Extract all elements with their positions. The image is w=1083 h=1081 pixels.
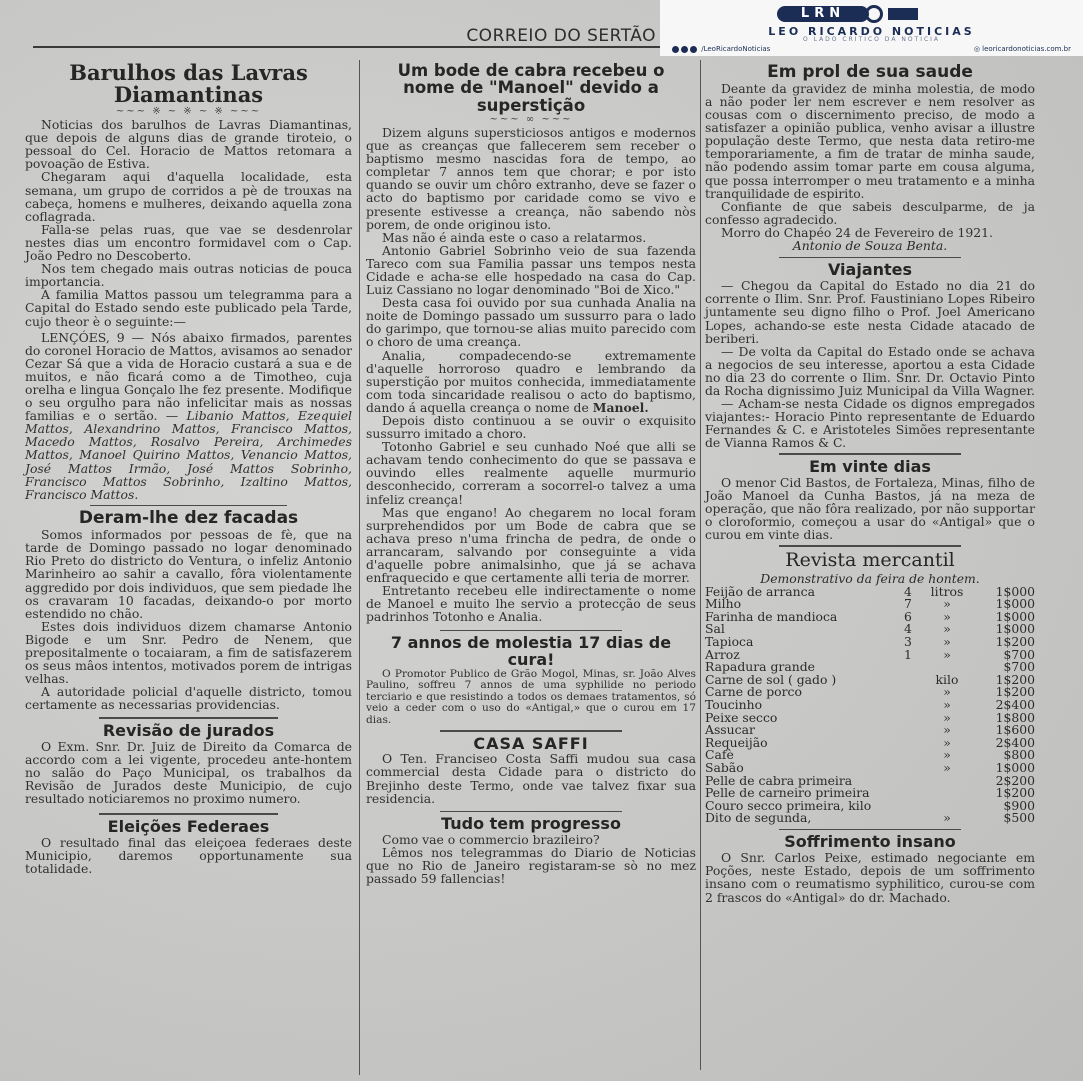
unit: » [923,762,971,775]
paragraph: Deante da gravidez de minha molestia, de… [705,82,1035,200]
unit [923,787,971,800]
separator [440,811,622,813]
quantity [893,749,923,762]
column-3: Em prol de sua saude Deante da gravidez … [705,56,1035,904]
quantity [893,724,923,737]
table-row: Requeijão»2$400 [705,737,1035,750]
paragraph: Estes dois individuos dizem chamarse Ant… [25,620,352,685]
separator [90,505,286,507]
quantity [893,800,923,813]
paragraph: O menor Cid Bastos, de Fortaleza, Minas,… [705,476,1035,541]
article-jurados: Revisão de jurados O Exm. Snr. Dr. Juiz … [25,723,352,805]
price: $500 [971,812,1035,825]
separator [440,730,622,732]
camera-body-icon [888,8,918,20]
headline: Tudo tem progresso [366,816,696,833]
paragraph: Dizem alguns supersticiosos antigos e mo… [366,126,696,231]
separator [779,545,961,547]
quantity: 1 [893,649,923,662]
table-row: Feijão de arranca4litros1$000 [705,586,1035,599]
quantity [893,775,923,788]
headline: Eleições Federaes [25,819,352,836]
signers: Libanio Mattos, Ezequiel Mattos, Alexand… [25,408,352,502]
unit [923,775,971,788]
logo-mark: LRN [777,6,869,22]
article-soffrimento: Soffrimento insano O Snr. Carlos Peixe, … [705,834,1035,903]
article-progresso: Tudo tem progresso Como vae o commercio … [366,816,696,885]
paragraph: Confiante de que sabeis desculparme, de … [705,200,1035,226]
price-table: Feijão de arranca4litros1$000Milho7»1$00… [705,586,1035,825]
separator [779,257,961,259]
masthead: CORREIO DO SERTÃO [25,24,660,50]
quantity [893,737,923,750]
paragraph: Mas que engano! Ao chegarem no local for… [366,506,696,585]
separator [779,829,961,831]
paragraph: Antonio Gabriel Sobrinho veio de sua faz… [366,244,696,296]
headline: Soffrimento insano [705,834,1035,851]
column-2: Um bode de cabra recebeu o nome de "Mano… [366,56,696,885]
paragraph: O Promotor Publico de Grão Mogol, Minas,… [366,669,696,727]
separator [99,813,279,815]
headline: Revisão de jurados [25,723,352,740]
quantity [893,712,923,725]
paragraph: Nos tem chegado mais outras noticias de … [25,262,352,288]
column-1: Barulhos das LavrasDiamantinas ~~~ ※ ~ ※… [25,56,352,875]
signature: Antonio de Souza Benta. [705,239,1035,253]
paragraph: Noticias dos barulhos de Lavras Diamanti… [25,118,352,170]
paragraph: O Snr. Carlos Peixe, estimado negociante… [705,851,1035,903]
article-casa-saffi: CASA SAFFI O Ten. Franciseo Costa Saffi … [366,736,696,805]
watermark-logo: LRN LEO RICARDO NOTICIAS O LADO CRITICO … [660,0,1083,56]
instagram-icon [681,46,688,53]
paragraph: — De volta da Capital do Estado onde se … [705,345,1035,397]
paragraph: Somos informados por pessoas de fè, que … [25,528,352,620]
headline: 7 annos de molestia 17 dias de cura! [366,635,696,669]
separator [440,630,622,632]
table-row: Tapioca3»1$200 [705,636,1035,649]
paragraph: Falla-se pelas ruas, que vae se desdenro… [25,223,352,262]
social-links: /LeoRicardoNoticias [672,45,770,53]
article-revista-mercantil: Revista mercantil Demonstrativo da feira… [705,551,1035,825]
article-eleicoes: Eleições Federaes O resultado final das … [25,819,352,875]
separator [99,717,279,719]
quantity [893,787,923,800]
headline: Um bode de cabra recebeu o nome de "Mano… [366,62,696,114]
article-viajantes: Viajantes — Chegou da Capital do Estado … [705,262,1035,449]
headline: CASA SAFFI [366,736,696,753]
paragraph: Desta casa foi ouvido por sua cunhada An… [366,296,696,348]
paragraph: Analia, compadecendo-se extremamente d'a… [366,349,696,414]
website-url: leoricardonoticias.com.br [982,45,1071,53]
paragraph: Entretanto recebeu elle indirectamente o… [366,584,696,623]
article-antigal-molestia: 7 annos de molestia 17 dias de cura! O P… [366,635,696,726]
globe-icon: ◎ [974,45,982,53]
paragraph: O Ten. Franciseo Costa Saffi mudou sua c… [366,752,696,804]
paragraph: — Chegou da Capital do Estado no dia 21 … [705,279,1035,344]
paragraph: — Acham-se nesta Cidade os dignos empreg… [705,397,1035,449]
paragraph: A familia Mattos passou um telegramma pa… [25,288,352,327]
paragraph: A autoridade policial d'aquelle district… [25,685,352,711]
website-link: ◎ leoricardonoticias.com.br [974,45,1071,53]
separator [779,453,961,455]
paragraph: LENÇÓES, 9 — Nós abaixo firmados, parent… [25,331,352,501]
headline: Barulhos das LavrasDiamantinas [25,62,352,106]
paragraph: Depois disto continuou a se ouvir o exqu… [366,414,696,440]
facebook-icon [672,46,679,53]
table-row: Cafè»$800 [705,749,1035,762]
quantity [893,686,923,699]
headline: Revista mercantil [705,551,1035,571]
social-handle: /LeoRicardoNoticias [701,45,770,53]
logo-tagline: O LADO CRITICO DA NOTICIA [660,36,1083,43]
headline: Em prol de sua saude [705,64,1035,82]
article-barulhos: Barulhos das LavrasDiamantinas ~~~ ※ ~ ※… [25,62,352,501]
quantity [893,812,923,825]
article-saude: Em prol de sua saude Deante da gravidez … [705,64,1035,253]
paragraph: O Exm. Snr. Dr. Juiz de Direito da Comar… [25,740,352,805]
paragraph: Mas não é ainda este o caso a relatarmos… [366,231,696,244]
table-row: Farinha de mandioca6»1$000 [705,611,1035,624]
quantity [893,699,923,712]
paragraph: Lêmos nos telegrammas do Diario de Notic… [366,846,696,885]
paragraph: O resultado final das eleiçoea federaes … [25,836,352,875]
unit: » [923,812,971,825]
headline: Em vinte dias [705,459,1035,476]
masthead-rule [33,46,660,48]
table-row: Dito de segunda,»$500 [705,812,1035,825]
article-bode: Um bode de cabra recebeu o nome de "Mano… [366,62,696,624]
youtube-icon [690,46,697,53]
article-vinte-dias: Em vinte dias O menor Cid Bastos, de For… [705,459,1035,541]
headline: Viajantes [705,262,1035,279]
item-name: Dito de segunda, [705,812,893,825]
newspaper-title: CORREIO DO SERTÃO [466,26,656,46]
quantity [893,661,923,674]
table-row: Sal4»1$000 [705,623,1035,636]
article-facadas: Deram-lhe dez facadas Somos informados p… [25,510,352,711]
paragraph: Chegaram aqui d'aquella localidade, esta… [25,170,352,222]
item-name: Farinha de mandioca [705,611,893,624]
newspaper-page: CORREIO DO SERTÃO LRN LEO RICARDO NOTICI… [0,0,1083,1081]
camera-lens-icon [865,5,883,23]
paragraph: Totonho Gabriel e seu cunhado Noé que al… [366,440,696,505]
headline: Deram-lhe dez facadas [25,510,352,528]
unit: » [923,649,971,662]
paragraph: Morro do Chapéo 24 de Fevereiro de 1921. [705,226,1035,239]
quantity [893,674,923,687]
column-divider [359,60,360,1075]
quantity [893,762,923,775]
column-divider [700,60,701,1070]
